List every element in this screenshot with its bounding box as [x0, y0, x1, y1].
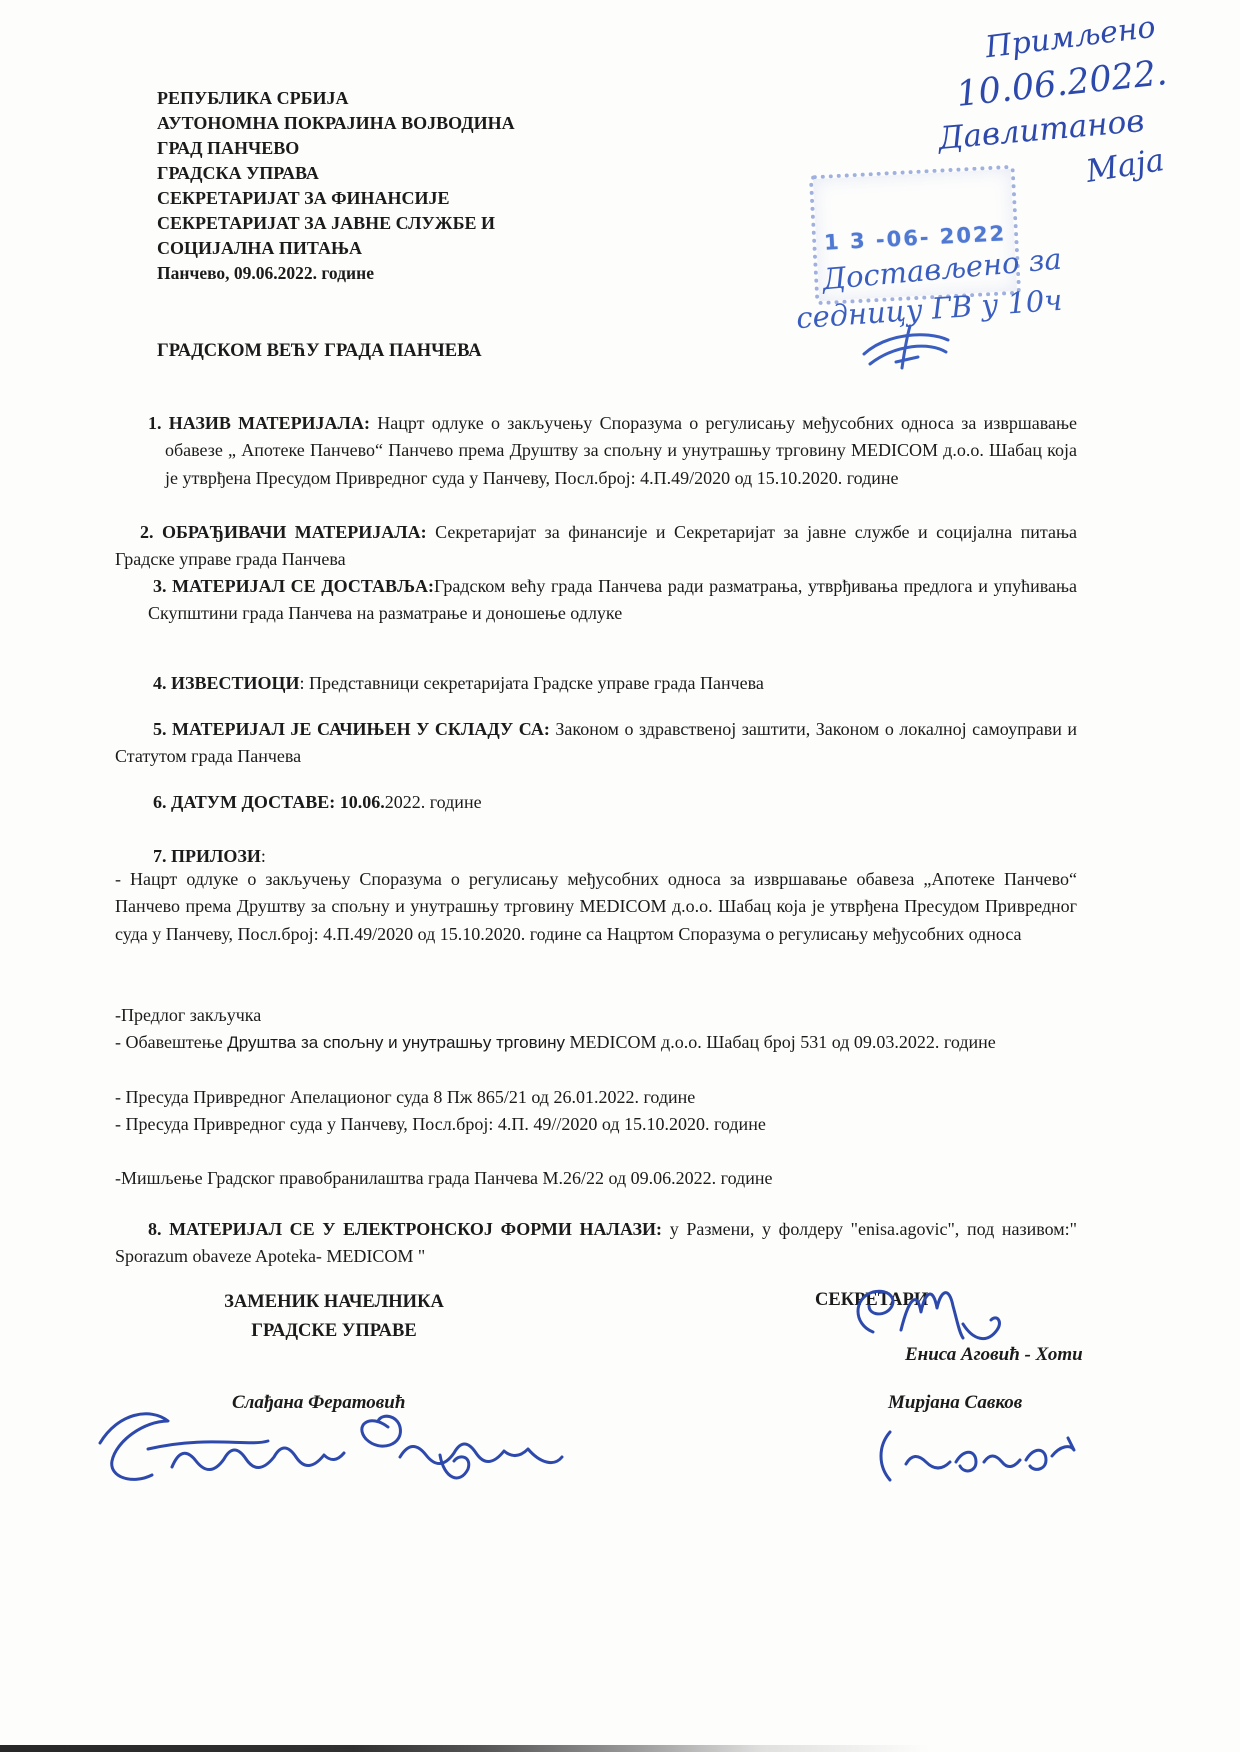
letterhead-line-city: ГРАД ПАНЧЕВО — [157, 136, 515, 161]
secretary-name-mirjana: Мирјана Савков — [888, 1392, 1022, 1414]
letterhead-line-administration: ГРАДСКА УПРАВА — [157, 161, 515, 186]
attachment-appellate-verdict: - Пресуда Привредног Апелационог суда 8 … — [115, 1084, 1077, 1111]
item-6-label: 6. ДАТУМ ДОСТАВЕ: 10.06. — [153, 792, 385, 812]
item-5-label: 5. МАТЕРИЈАЛ ЈЕ САЧИЊЕН У СКЛАДУ СА: — [153, 719, 550, 739]
item-4-text: : Представници секретаријата Градске упр… — [300, 673, 764, 693]
secretary-name-enisa: Ениса Аговић - Хоти — [905, 1344, 1083, 1366]
deputy-head-title-line2: ГРАДСКЕ УПРАВЕ — [178, 1317, 490, 1346]
signature-mirjana-savkov — [872, 1420, 1082, 1490]
item-2-obradjivaci: 2. ОБРАЂИВАЧИ МАТЕРИЈАЛА: Секретаријат з… — [115, 519, 1077, 574]
item-1-label: 1. НАЗИВ МАТЕРИЈАЛА: — [148, 413, 370, 433]
item-4-izvestioci: 4. ИЗВЕСТИОЦИ: Представници секретаријат… — [115, 670, 1077, 697]
letterhead-place-date: Панчево, 09.06.2022. године — [157, 261, 515, 286]
attachment-notice-post: MEDICOM д.о.о. Шабац број 531 од 09.03.2… — [565, 1032, 996, 1052]
attachment-attorney-opinion: -Мишљење Градског правобранилаштва града… — [115, 1165, 1077, 1192]
recipient-line: ГРАДСКОМ ВЕЋУ ГРАДА ПАНЧЕВА — [157, 341, 482, 362]
deputy-head-title: ЗАМЕНИК НАЧЕЛНИКА ГРАДСКЕ УПРАВЕ — [178, 1288, 490, 1346]
item-6-text: 2022. године — [385, 792, 482, 812]
attachment-proposal-conclusion: -Предлог закључка — [115, 1002, 1077, 1029]
item-3-dostavlja: 3. МАТЕРИЈАЛ СЕ ДОСТАВЉА:Градском већу г… — [115, 573, 1077, 628]
handwritten-paraph — [856, 316, 956, 371]
letterhead-line-public-services-secretariat: СЕКРЕТАРИЈАТ ЗА ЈАВНЕ СЛУЖБЕ И — [157, 211, 515, 236]
item-5-sacinjen-u-skladu: 5. МАТЕРИЈАЛ ЈЕ САЧИЊЕН У СКЛАДУ СА: Зак… — [115, 716, 1077, 771]
letterhead: РЕПУБЛИКА СРБИЈА АУТОНОМНА ПОКРАЈИНА ВОЈ… — [157, 86, 515, 286]
attachment-notice-medicom: - Обавештење Друштва за спољну и унутраш… — [115, 1029, 1077, 1056]
item-3-label: 3. МАТЕРИЈАЛ СЕ ДОСТАВЉА: — [153, 576, 434, 596]
signature-sladjana-feratovic — [88, 1405, 568, 1505]
letterhead-line-finance-secretariat: СЕКРЕТАРИЈАТ ЗА ФИНАНСИЈЕ — [157, 186, 515, 211]
attachment-notice-company: Друштва за спољну и унутрашњу трговину — [227, 1033, 565, 1052]
attachment-notice-pre: - Обавештење — [115, 1032, 227, 1052]
letterhead-line-province: АУТОНОМНА ПОКРАЈИНА ВОЈВОДИНА — [157, 111, 515, 136]
item-6-datum-dostave: 6. ДАТУМ ДОСТАВЕ: 10.06.2022. године — [115, 789, 1077, 816]
letterhead-line-social-issues: СОЦИЈАЛНА ПИТАЊА — [157, 236, 515, 261]
scanner-edge-artifact — [0, 1745, 930, 1752]
item-7-colon: : — [261, 846, 266, 866]
deputy-head-title-line1: ЗАМЕНИК НАЧЕЛНИКА — [178, 1288, 490, 1317]
item-4-label: 4. ИЗВЕСТИОЦИ — [153, 673, 300, 693]
letterhead-line-republic: РЕПУБЛИКА СРБИЈА — [157, 86, 515, 111]
item-7-label: 7. ПРИЛОЗИ — [153, 846, 261, 866]
handwritten-received-firstname: Маја — [1084, 142, 1167, 190]
item-2-label: 2. ОБРАЂИВАЧИ МАТЕРИЈАЛА: — [140, 522, 427, 542]
signature-enisa-agovic — [845, 1280, 1035, 1350]
attachment-commercial-court-verdict: - Пресуда Привредног суда у Панчеву, Пос… — [115, 1111, 1077, 1138]
item-1-naziv-materijala: 1. НАЗИВ МАТЕРИЈАЛА: Нацрт одлуке о закљ… — [115, 410, 1077, 492]
scanned-document-page: РЕПУБЛИКА СРБИЈА АУТОНОМНА ПОКРАЈИНА ВОЈ… — [0, 0, 1240, 1752]
attachment-draft-decision: - Нацрт одлуке о закључењу Споразума о р… — [115, 866, 1077, 948]
item-8-label: 8. МАТЕРИЈАЛ СЕ У ЕЛЕКТРОНСКОЈ ФОРМИ НАЛ… — [148, 1219, 662, 1239]
item-8-electronic-form: 8. МАТЕРИЈАЛ СЕ У ЕЛЕКТРОНСКОЈ ФОРМИ НАЛ… — [115, 1216, 1077, 1271]
